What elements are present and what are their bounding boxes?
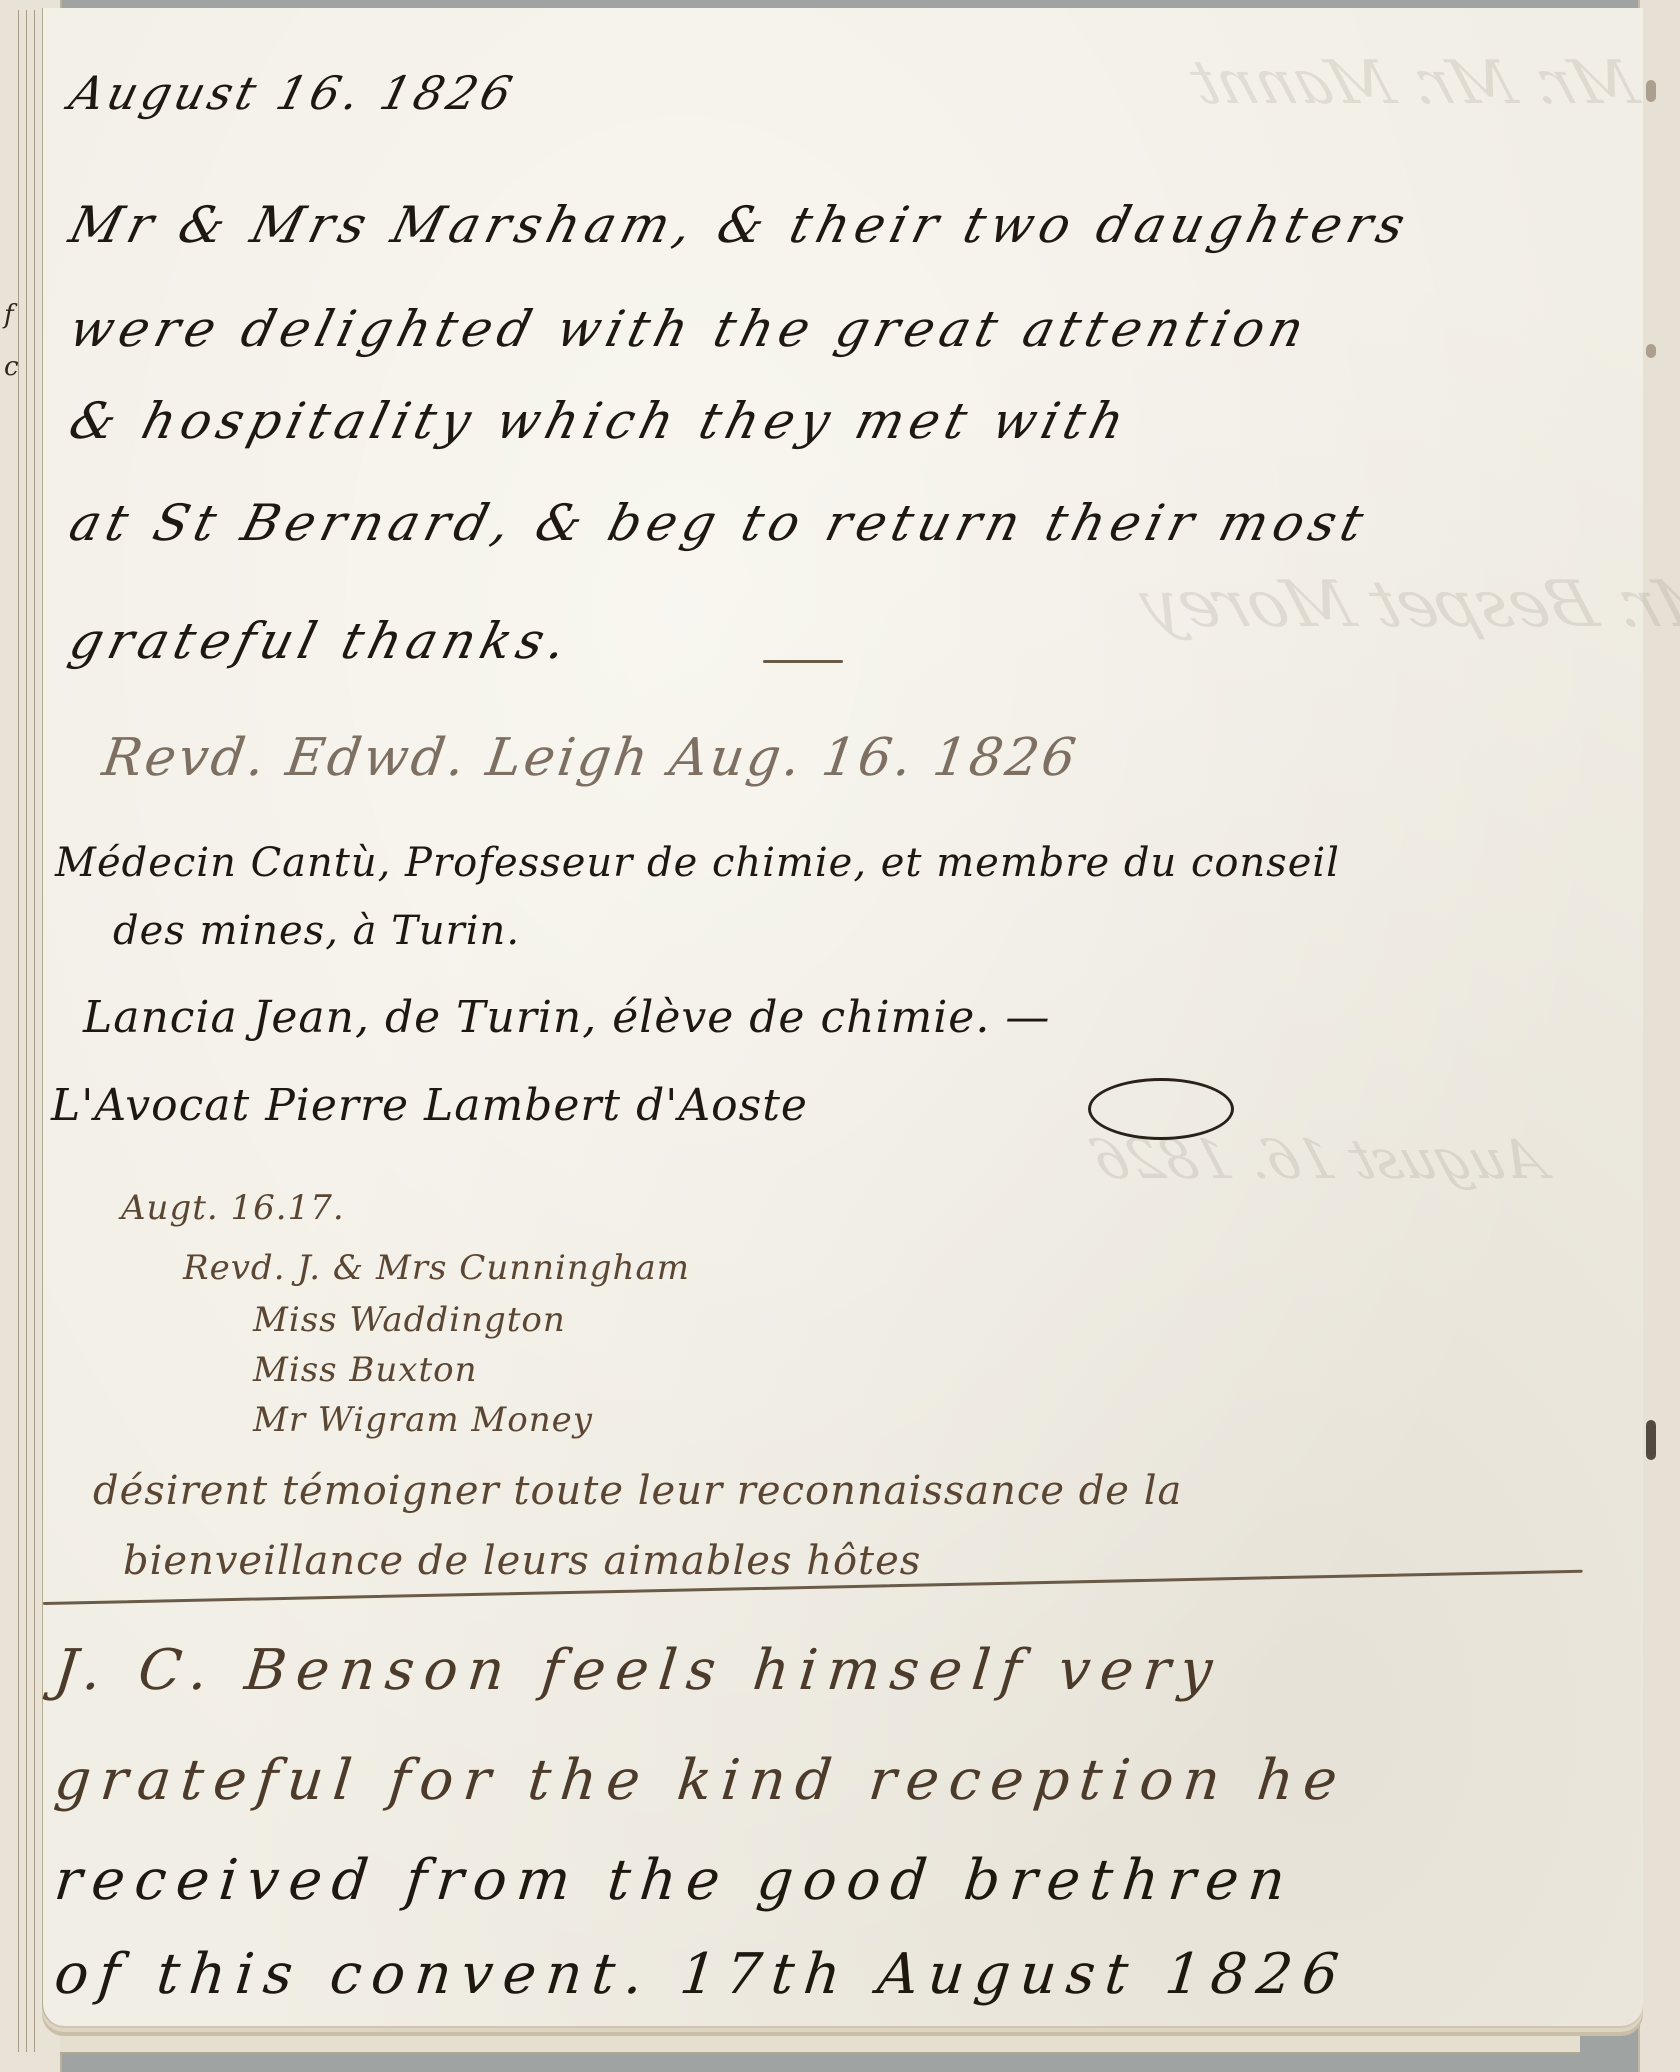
- signature-oval-flourish: [1088, 1078, 1234, 1140]
- entry-date: Augt. 16.17.: [121, 1188, 345, 1228]
- show-through-text: Mr. Mr. Mannt: [1182, 48, 1647, 118]
- page-bottom-edges: [60, 2030, 1580, 2054]
- entry-line: of this convent. 17th August 1826: [52, 1942, 1352, 2007]
- underlying-page-stack-right: [1638, 0, 1680, 2072]
- entry-line: grateful for the kind reception he: [52, 1748, 1351, 1813]
- entry-line: received from the good brethren: [52, 1848, 1298, 1913]
- visitor-name: Revd. J. & Mrs Cunningham: [183, 1248, 690, 1288]
- entry-line: J. C. Benson feels himself very: [52, 1638, 1226, 1703]
- signature-line: Revd. Edwd. Leigh Aug. 16. 1826: [99, 728, 1082, 788]
- entry-line: des mines, à Turin.: [113, 908, 520, 954]
- entry-line: were delighted with the great attention: [64, 300, 1316, 358]
- ink-stain: [1646, 80, 1656, 102]
- entry-line: Mr & Mrs Marsham, & their two daughters: [64, 196, 1417, 254]
- entry-line: at St Bernard, & beg to return their mos…: [64, 494, 1375, 552]
- entry-line: L'Avocat Pierre Lambert d'Aoste: [51, 1080, 808, 1131]
- closing-flourish: [763, 660, 843, 663]
- entry-line: grateful thanks.: [64, 612, 579, 670]
- entry-line: & hospitality which they met with: [64, 392, 1136, 450]
- ink-stain: [1646, 344, 1656, 358]
- entry-line: désirent témoigner toute leur reconnaiss…: [93, 1468, 1182, 1514]
- page-edge-line: [26, 10, 30, 2052]
- entry-date: August 16. 1826: [64, 66, 521, 120]
- margin-note: f: [4, 300, 14, 330]
- entry-line: Lancia Jean, de Turin, élève de chimie. …: [83, 992, 1050, 1043]
- page-edge-line: [18, 10, 22, 2052]
- ink-stain: [1646, 1420, 1656, 1460]
- visitor-name: Mr Wigram Money: [253, 1400, 593, 1440]
- show-through-text: Mr. Bespet Morey: [1131, 568, 1680, 642]
- manuscript-page: Mr. Mr. Mannt Mr. Bespet Morey August 16…: [42, 8, 1643, 2026]
- margin-note: c: [4, 352, 19, 382]
- entry-line: Médecin Cantù, Professeur de chimie, et …: [55, 840, 1340, 886]
- visitor-name: Miss Waddington: [253, 1300, 566, 1340]
- page-edge-line: [34, 10, 38, 2052]
- entry-line: bienveillance de leurs aimables hôtes: [123, 1538, 921, 1584]
- visitor-name: Miss Buxton: [253, 1350, 477, 1390]
